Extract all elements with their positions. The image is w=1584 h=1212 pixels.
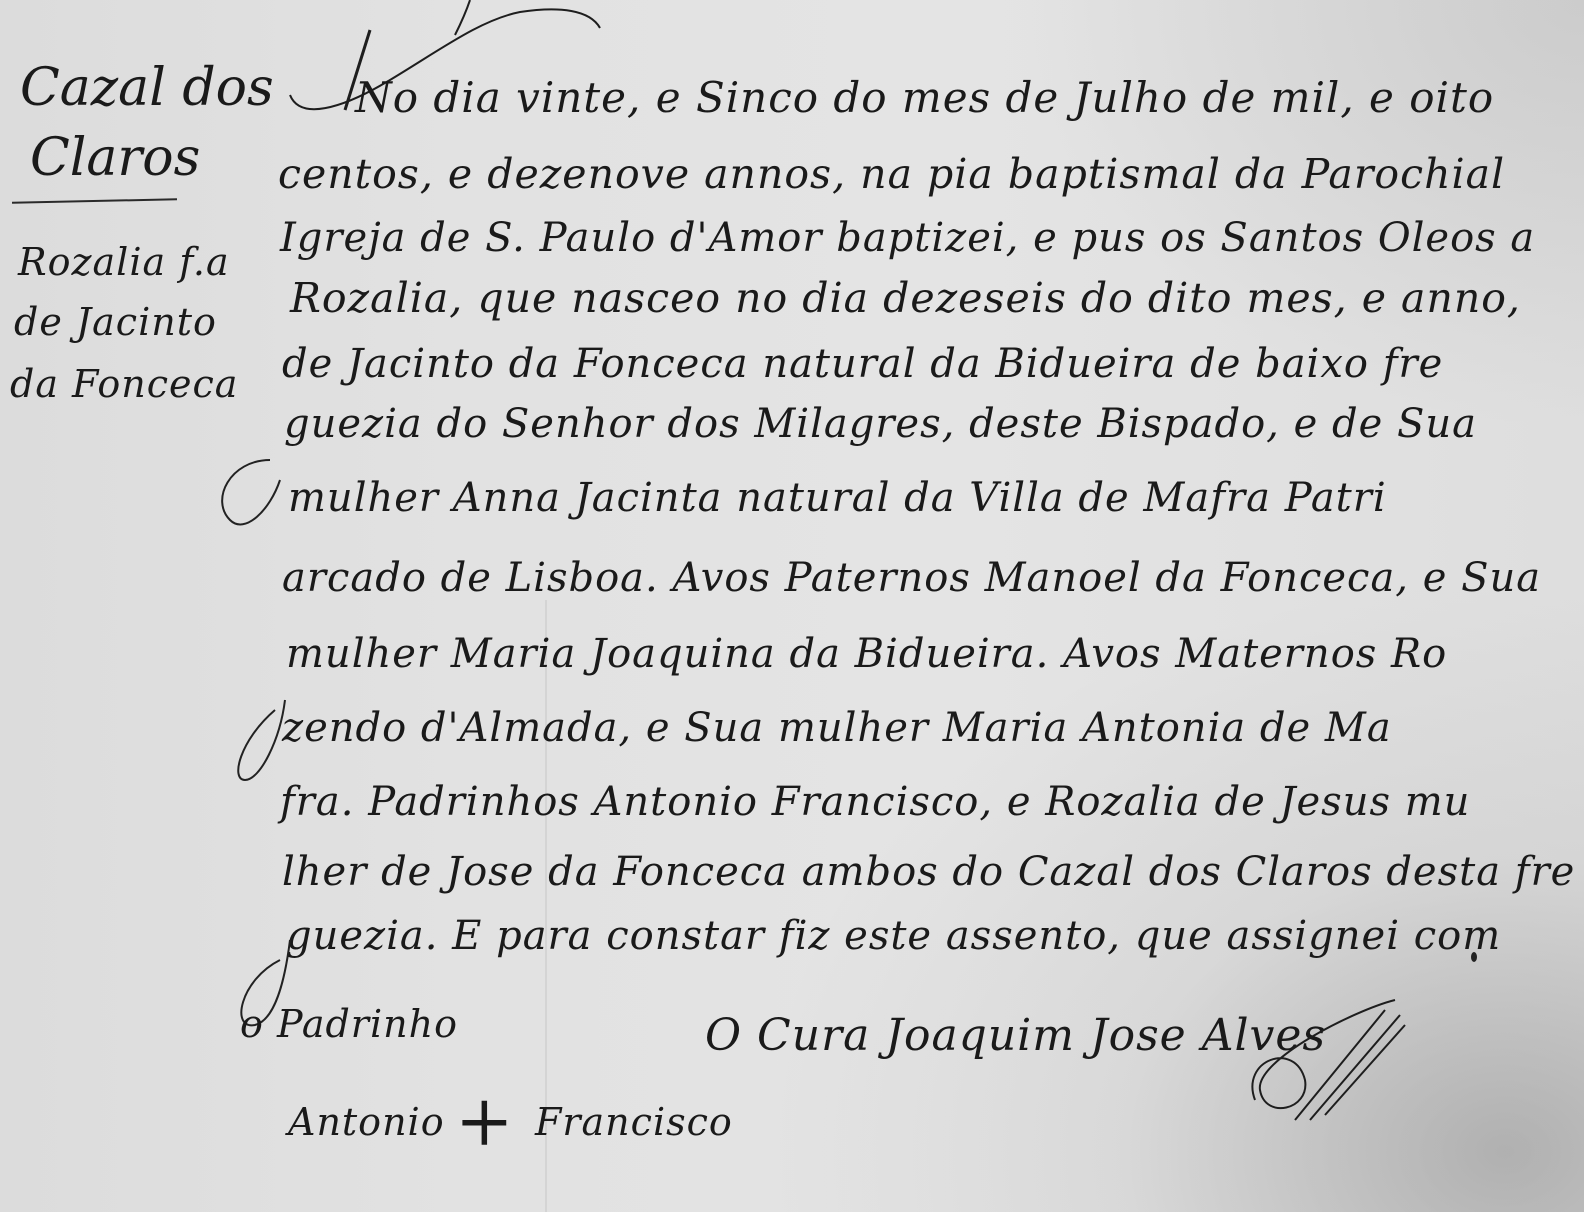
godfather-cross-mark: + — [455, 1080, 514, 1162]
godfather-label: o Padrinho — [240, 1002, 458, 1046]
body-line-9: mulher Maria Joaquina da Bidueira. Avos … — [286, 628, 1447, 680]
body-line-3: Igreja de S. Paulo d'Amor baptizei, e pu… — [280, 212, 1535, 264]
body-line-6: guezia do Senhor dos Milagres, deste Bis… — [284, 398, 1477, 450]
body-line-7: mulher Anna Jacinta natural da Villa de … — [288, 472, 1387, 524]
manuscript-page: Cazal dos Claros Rozalia f.a de Jacinto … — [0, 0, 1584, 1212]
margin-note-line3: da Fonceca — [10, 362, 238, 406]
body-line-5: de Jacinto da Fonceca natural da Bidueir… — [282, 338, 1443, 390]
priest-signature: O Cura Joaquim Jose Alves — [705, 1010, 1326, 1061]
margin-divider-rule — [12, 198, 177, 203]
body-line-2: centos, e dezenove annos, na pia baptism… — [278, 148, 1505, 200]
margin-place-line1: Cazal dos — [20, 58, 274, 118]
body-line-12: lher de Jose da Fonceca ambos do Cazal d… — [282, 846, 1575, 898]
ink-blot — [1471, 952, 1477, 962]
body-line-8: arcado de Lisboa. Avos Paternos Manoel d… — [282, 552, 1541, 604]
body-line-4: Rozalia, que nasceo no dia dezeseis do d… — [290, 272, 1521, 324]
body-line-1: No dia vinte, e Sinco do mes de Julho de… — [355, 72, 1494, 124]
godfather-first-name: Antonio — [288, 1100, 445, 1144]
margin-note-line2: de Jacinto — [14, 300, 217, 344]
margin-place-line2: Claros — [30, 128, 200, 188]
margin-note-line1: Rozalia f.a — [18, 240, 230, 284]
body-line-13: guezia. E para constar fiz este assento,… — [286, 910, 1501, 962]
body-line-11: fra. Padrinhos Antonio Francisco, e Roza… — [280, 776, 1470, 828]
godfather-last-name: Francisco — [535, 1100, 733, 1144]
body-line-10: zendo d'Almada, e Sua mulher Maria Anton… — [282, 702, 1392, 754]
